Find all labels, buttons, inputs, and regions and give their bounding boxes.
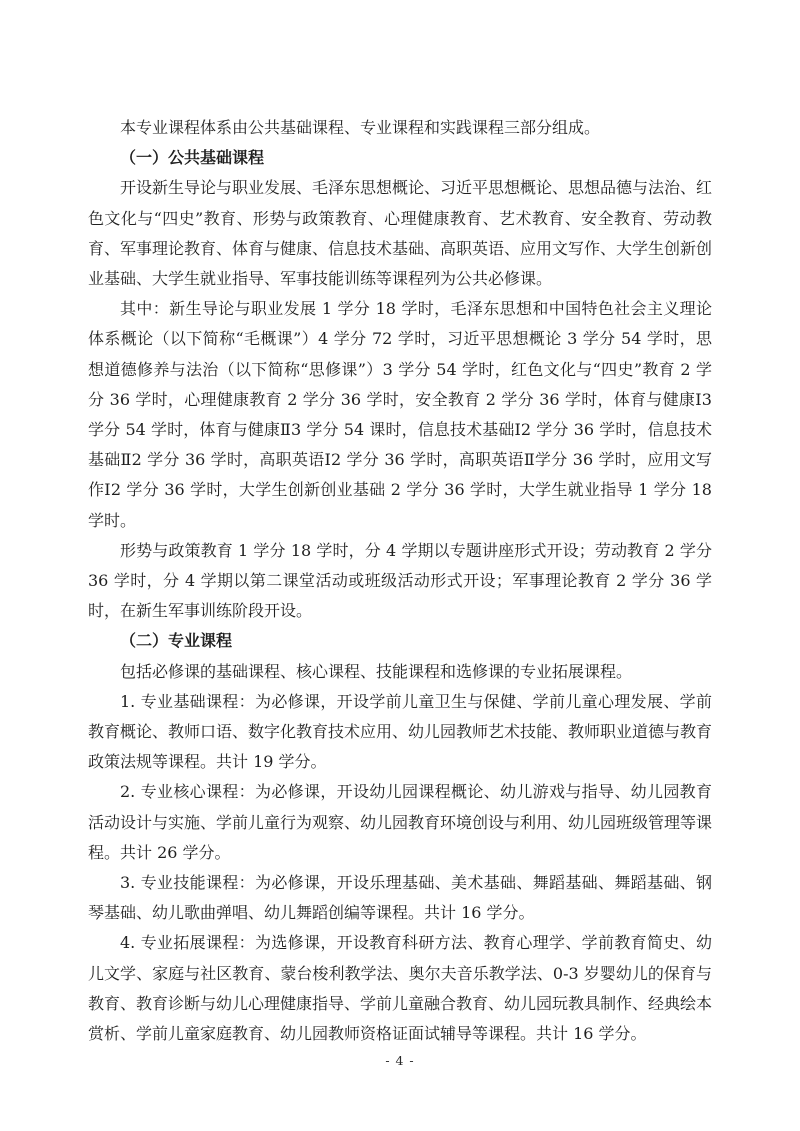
public-courses-credits-paragraph: 其中：新生导论与职业发展 1 学分 18 学时，毛泽东思想和中国特色社会主义理论…: [88, 294, 712, 536]
page-number: - 4 -: [0, 1051, 800, 1071]
professional-courses-overview-paragraph: 包括必修课的基础课程、核心课程、技能课程和选修课的专业拓展课程。: [88, 657, 712, 687]
intro-paragraph: 本专业课程体系由公共基础课程、专业课程和实践课程三部分组成。: [88, 113, 712, 143]
section-heading-professional-courses: （二）专业课程: [88, 626, 712, 656]
professional-basic-courses-paragraph: 1. 专业基础课程：为必修课，开设学前儿童卫生与保健、学前儿童心理发展、学前教育…: [88, 687, 712, 778]
special-format-courses-paragraph: 形势与政策教育 1 学分 18 学时，分 4 学期以专题讲座形式开设；劳动教育 …: [88, 536, 712, 627]
section-heading-public-basic-courses: （一）公共基础课程: [88, 143, 712, 173]
document-page: 本专业课程体系由公共基础课程、专业课程和实践课程三部分组成。 （一）公共基础课程…: [0, 0, 800, 1131]
professional-elective-courses-paragraph: 4. 专业拓展课程：为选修课，开设教育科研方法、教育心理学、学前教育简史、幼儿文…: [88, 928, 712, 1049]
document-text-block: 本专业课程体系由公共基础课程、专业课程和实践课程三部分组成。 （一）公共基础课程…: [88, 113, 712, 1049]
professional-core-courses-paragraph: 2. 专业核心课程：为必修课，开设幼儿园课程概论、幼儿游戏与指导、幼儿园教育活动…: [88, 777, 712, 868]
professional-skill-courses-paragraph: 3. 专业技能课程：为必修课，开设乐理基础、美术基础、舞蹈基础、舞蹈基础、钢琴基…: [88, 868, 712, 928]
public-courses-list-paragraph: 开设新生导论与职业发展、毛泽东思想概论、习近平思想概论、思想品德与法治、红色文化…: [88, 173, 712, 294]
